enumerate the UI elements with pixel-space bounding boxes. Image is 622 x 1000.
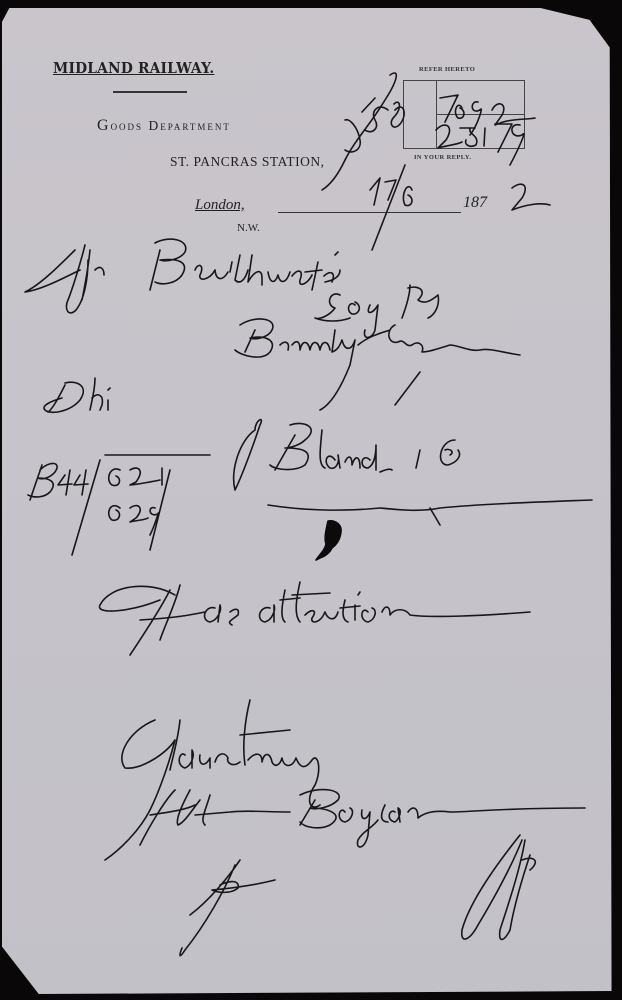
- handwritten-recipient-line1: Mr Braithwaite: [40, 250, 164, 269]
- year-prefix: 187: [463, 194, 487, 212]
- reference-box-divider-horizontal: [437, 114, 524, 115]
- handwritten-item-reference: B44/621/629: [30, 460, 134, 479]
- handwritten-item-description: Bland 1C: [230, 440, 304, 459]
- handwritten-per: p: [160, 880, 170, 899]
- header-rule: [113, 91, 187, 93]
- handwritten-reference-bottom: 25179: [440, 118, 491, 137]
- handwritten-recipient-line2: Loy Rg: [320, 300, 377, 319]
- handwritten-reference-prefix: G58: [360, 90, 393, 109]
- station-name: ST. PANCRAS STATION,: [170, 154, 324, 170]
- handwritten-closing: Yours truly: [110, 730, 199, 749]
- date-line: [278, 212, 461, 213]
- postal-district: N.W.: [237, 222, 260, 234]
- refer-label-top: REFER HERETO: [419, 66, 475, 73]
- company-name: MIDLAND RAILWAY.: [53, 59, 214, 77]
- handwritten-date: 17/6: [370, 180, 406, 199]
- handwritten-salutation: Dear Sir: [40, 390, 108, 409]
- handwritten-year-suffix: 2: [515, 185, 525, 204]
- refer-label-bottom: IN YOUR REPLY.: [414, 154, 471, 161]
- handwritten-recipient-line3: Bramley Cross: [220, 330, 339, 349]
- handwritten-initials: AB: [460, 880, 483, 899]
- handwritten-reference-top: 7692: [440, 85, 481, 104]
- city-label: London,: [195, 197, 245, 214]
- handwritten-body: Has attention: [100, 600, 210, 619]
- handwritten-signature: H.H. Boylan: [130, 800, 229, 819]
- department-name: Goods Department: [97, 117, 231, 135]
